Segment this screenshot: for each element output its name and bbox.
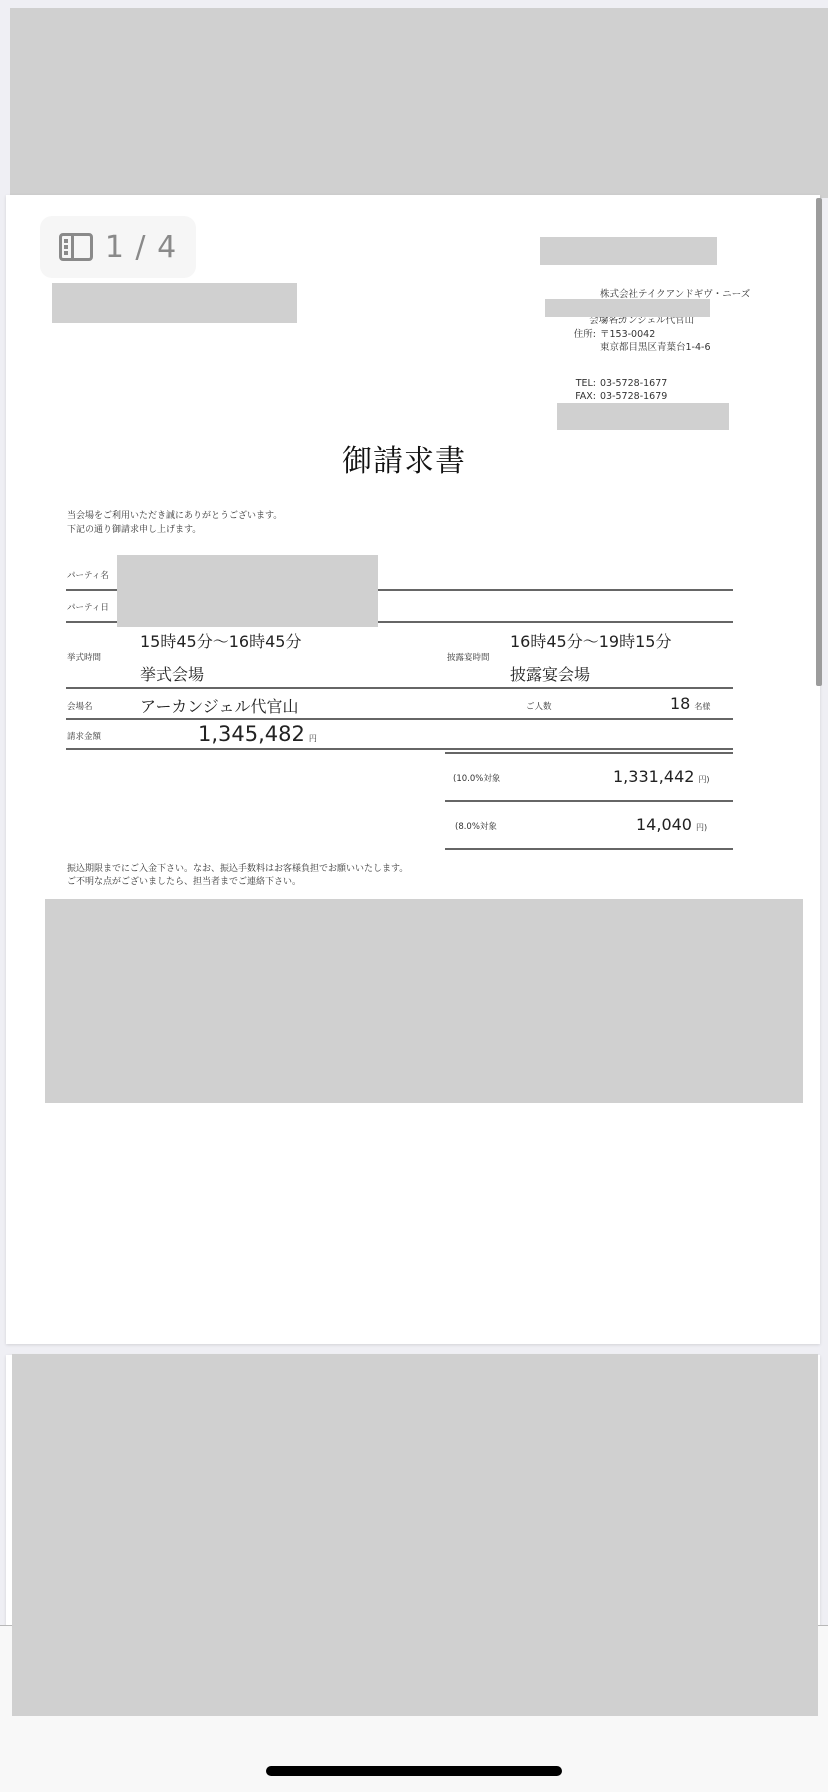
redacted-issue-info <box>540 237 717 265</box>
address-label: 住所: <box>546 326 596 340</box>
tel-number: 03-5728-1677 <box>600 378 667 389</box>
tel-label: TEL: <box>546 378 596 389</box>
reception-time-label: 披露宴時間 <box>447 651 490 663</box>
tax-10-amount: 1,331,442 <box>613 767 694 786</box>
guests-count: 18名様 <box>670 694 710 713</box>
fax-label: FAX: <box>546 391 596 402</box>
billing-amount: 1,345,482円 <box>198 722 317 746</box>
greeting-line-2: 下記の通り御請求申し上げます。 <box>67 522 201 535</box>
footer-note-1: 振込期限までにご入金下さい。なお、振込手数料はお客様負担でお願いいたします。 <box>67 861 408 874</box>
ceremony-place: 挙式会場 <box>140 662 204 685</box>
page-indicator-button[interactable]: 1 / 4 <box>40 216 196 278</box>
redacted-region-top <box>10 8 828 198</box>
amount-label: 請求金額 <box>67 730 101 742</box>
reception-time: 16時45分〜19時15分 <box>510 629 671 652</box>
redacted-party-info <box>117 555 378 627</box>
reception-place: 披露宴会場 <box>510 662 590 685</box>
fax-number: 03-5728-1679 <box>600 391 667 402</box>
company-name: 株式会社テイクアンドギヴ・ニーズ <box>600 286 750 300</box>
scrollbar[interactable] <box>816 198 822 686</box>
amount-unit: 円 <box>309 734 317 743</box>
guests-label: ご人数 <box>526 700 552 712</box>
tax-8-amount: 14,040 <box>636 815 692 834</box>
redacted-staff <box>557 403 729 430</box>
tax-8-unit: 円) <box>696 823 707 832</box>
divider <box>445 800 733 802</box>
divider <box>445 748 733 750</box>
home-indicator[interactable] <box>266 1766 562 1776</box>
redacted-bank-info <box>45 899 803 1103</box>
postal-code: 〒153-0042 <box>600 326 655 340</box>
redacted-company-detail <box>545 299 710 317</box>
divider <box>66 748 447 750</box>
document-title: 御請求書 <box>0 436 808 480</box>
tax-10-label: (10.0%対象 <box>453 772 500 784</box>
party-name-label: パーティ名 <box>67 569 109 581</box>
ceremony-time: 15時45分〜16時45分 <box>140 629 301 652</box>
tax-10-amount-wrap: 1,331,442円) <box>613 767 710 786</box>
guests-unit: 名様 <box>694 702 710 711</box>
guests-value: 18 <box>670 694 690 713</box>
tax-table-top-line <box>445 752 733 754</box>
venue-label: 会場名 <box>67 700 93 712</box>
ceremony-time-label: 挙式時間 <box>67 651 101 663</box>
page-indicator-label: 1 / 4 <box>105 230 177 265</box>
address: 東京都目黒区青葉台1-4-6 <box>600 339 711 353</box>
tax-8-amount-wrap: 14,040円) <box>636 815 707 834</box>
party-date-label: パーティ日 <box>67 601 109 613</box>
tax-10-unit: 円) <box>698 775 709 784</box>
amount-value: 1,345,482 <box>198 722 305 746</box>
divider <box>66 718 733 720</box>
greeting-line-1: 当会場をご利用いただき誠にありがとうございます。 <box>67 508 282 521</box>
sidebar-icon <box>59 233 93 261</box>
footer-note-2: ご不明な点がございましたら、担当者までご連絡下さい。 <box>67 874 301 887</box>
divider <box>445 848 733 850</box>
venue-value: アーカンジェル代官山 <box>140 694 298 717</box>
redacted-page-2-overlap <box>12 1625 818 1716</box>
divider <box>66 687 733 689</box>
redacted-recipient <box>52 283 297 323</box>
tax-8-label: (8.0%対象 <box>455 820 497 832</box>
